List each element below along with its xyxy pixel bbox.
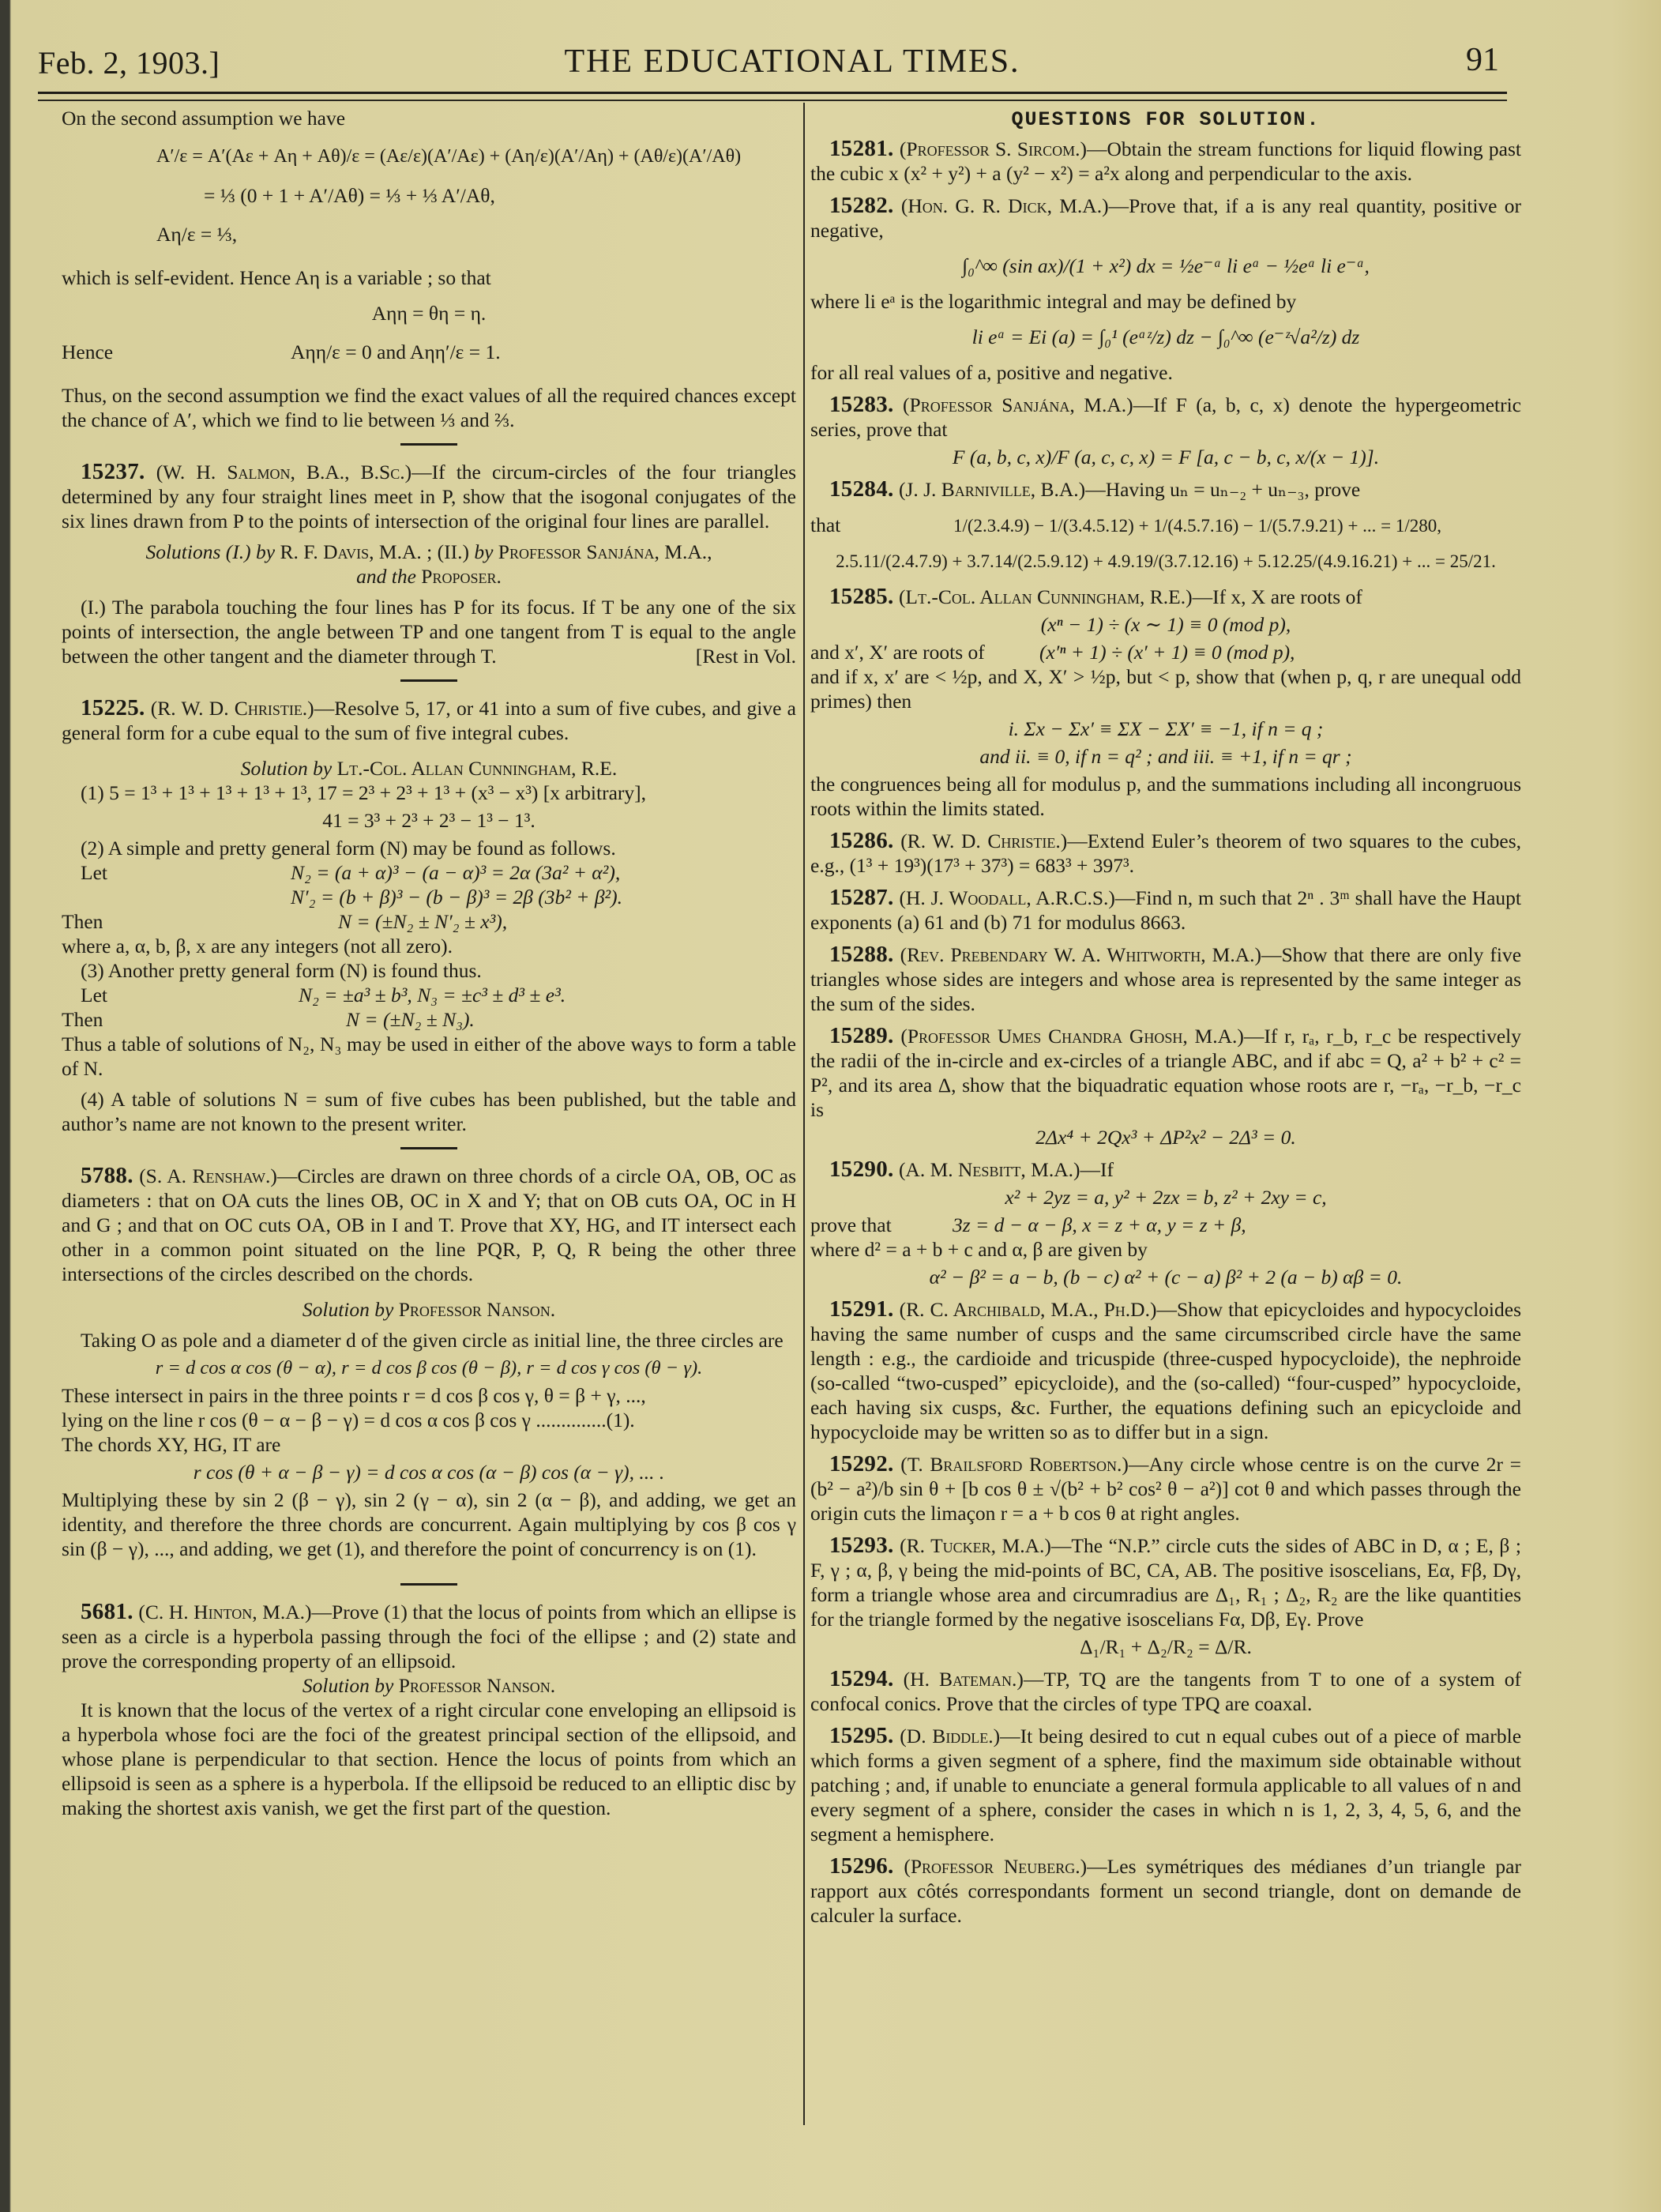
page-number: 91 [1466, 41, 1499, 79]
question-number: 15284. [829, 476, 894, 502]
question-15289: 15289. (Professor Umes Chandra Ghosh, M.… [810, 1024, 1521, 1149]
equation-row: Then N = (±N₂ ± N′₂ ± x³), [62, 909, 796, 934]
question-15292: 15292. (T. Brailsford Robertson.)—Any ci… [810, 1452, 1521, 1525]
section-separator [400, 1147, 457, 1149]
question-author: (C. H. Hinton, M.A.) [138, 1601, 311, 1623]
hence-label: Hence [62, 340, 180, 364]
question-author: (R. W. D. Christie.) [151, 697, 314, 720]
question-author: (Professor Sanjána, M.A.) [903, 393, 1133, 416]
text-label: and x′, X′ are roots of [810, 640, 1039, 664]
question-text: where li eᵃ is the logarithmic integral … [810, 289, 1521, 314]
question-author: (Professor S. Sircom.) [900, 137, 1087, 160]
question-15295: 15295. (D. Biddle.)—It being desired to … [810, 1724, 1521, 1846]
equation: N₂ = (a + α)³ − (a − α)³ = 2α (3a² + α²)… [180, 860, 796, 885]
question-5788: 5788. (S. A. Renshaw.)—Circles are drawn… [62, 1164, 796, 1561]
equation-row: Then N = (±N₂ ± N₃). [62, 1007, 796, 1032]
proposer-label: Proposer. [421, 565, 502, 588]
question-number: 15287. [829, 885, 894, 910]
equation: x² + 2yz = a, y² + 2zx = b, z² + 2xy = c… [810, 1185, 1521, 1209]
question-number: 15294. [829, 1666, 894, 1691]
question-number: 15281. [829, 136, 894, 161]
question-number: 15295. [829, 1723, 894, 1748]
question-15281: 15281. (Professor S. Sircom.)—Obtain the… [810, 137, 1521, 186]
question-number: 15292. [829, 1451, 894, 1477]
text-line: (4) A table of solutions N = sum of five… [62, 1087, 796, 1136]
that-label: that [810, 513, 874, 537]
solver-name: Professor Nanson. [399, 1674, 555, 1697]
question-number: 15296. [829, 1853, 894, 1879]
equation: Δ₁/R₁ + Δ₂/R₂ = Δ/R. [810, 1635, 1521, 1659]
solution-body: It is known that the locus of the vertex… [62, 1698, 796, 1820]
question-number: 15291. [829, 1296, 894, 1322]
question-author: (Professor Umes Chandra Ghosh, M.A.) [900, 1025, 1243, 1048]
equation: 1/(2.3.4.9) − 1/(3.4.5.12) + 1/(4.5.7.16… [874, 513, 1521, 538]
then-label: Then [62, 909, 180, 934]
question-author: (W. H. Salmon, B.A., B.Sc.) [156, 461, 411, 483]
equation: (x′ⁿ + 1) ÷ (x′ + 1) ≡ 0 (mod p), [1039, 640, 1521, 664]
text-line: which is self-evident. Hence Aη is a var… [62, 265, 796, 290]
equation: Aηη = θη = η. [62, 301, 796, 325]
equation: and ii. ≡ 0, if n = q² ; and iii. ≡ +1, … [810, 744, 1521, 769]
solutions-credit: Solutions (I.) by R. F. Davis, M.A. ; (I… [62, 540, 796, 564]
question-author: (Rev. Prebendary W. A. Whitworth, M.A.) [900, 943, 1261, 966]
equation: = ⅓ (0 + 1 + A′/Aθ) = ⅓ + ⅓ A′/Aθ, [204, 183, 796, 208]
question-number: 15290. [829, 1157, 894, 1182]
equation: Aη/ε = ⅓, [156, 222, 796, 246]
equation: α² − β² = a − b, (b − c) α² + (c − a) β²… [810, 1265, 1521, 1289]
question-15293: 15293. (R. Tucker, M.A.)—The “N.P.” circ… [810, 1533, 1521, 1659]
section-separator [400, 679, 457, 682]
credit-label: by [474, 540, 493, 563]
equation: F (a, b, c, x)/F (a, c, c, x) = F [a, c … [810, 445, 1521, 469]
question-author: (R. Tucker, M.A.) [900, 1534, 1051, 1557]
credit-label: Solution by [303, 1298, 393, 1321]
right-column: QUESTIONS FOR SOLUTION. 15281. (Professo… [810, 106, 1521, 1935]
solver-name: R. F. Davis, M.A. ; (II.) [280, 540, 469, 563]
credit-label: Solution by [303, 1674, 393, 1697]
question-number: 15282. [829, 193, 894, 218]
equation: N′₂ = (b + β)³ − (b − β)³ = 2β (3b² + β²… [180, 885, 796, 909]
credit-label: and the [356, 565, 416, 588]
header-rule-top [38, 92, 1507, 94]
question-number: 15225. [81, 695, 145, 720]
question-author: (H. Bateman.) [904, 1668, 1024, 1691]
equation: i. Σx − Σx′ ≡ ΣX − ΣX′ ≡ −1, if n = q ; [810, 717, 1521, 741]
question-text: the congruences being all for modulus p,… [810, 772, 1521, 821]
equation: 2Δx⁴ + 2Qx³ + ΔP²x² − 2Δ³ = 0. [810, 1125, 1521, 1149]
solution-body: The chords XY, HG, IT are [62, 1432, 796, 1457]
question-author: (Professor Neuberg.) [904, 1855, 1087, 1878]
question-15296: 15296. (Professor Neuberg.)—Les symétriq… [810, 1854, 1521, 1928]
solution-body: Multiplying these by sin 2 (β − γ), sin … [62, 1488, 796, 1561]
question-number: 5788. [81, 1163, 133, 1188]
question-author: (T. Brailsford Robertson.) [900, 1453, 1129, 1476]
question-number: 15237. [81, 459, 145, 484]
section-separator [400, 443, 457, 446]
question-number: 15286. [829, 828, 894, 853]
credit-label: Solution by [241, 757, 332, 780]
question-author: (J. J. Barniville, B.A.) [899, 478, 1085, 501]
question-author: (A. M. Nesbitt, M.A.) [899, 1158, 1080, 1181]
text-line: (3) Another pretty general form (N) is f… [62, 958, 796, 983]
question-number: 15288. [829, 942, 894, 967]
equation: (1) 5 = 1³ + 1³ + 1³ + 1³ + 1³, 17 = 2³ … [62, 781, 796, 805]
section-title: QUESTIONS FOR SOLUTION. [810, 107, 1521, 132]
question-15286: 15286. (R. W. D. Christie.)—Extend Euler… [810, 829, 1521, 878]
equation-row: that 1/(2.3.4.9) − 1/(3.4.5.12) + 1/(4.5… [810, 513, 1521, 538]
text-line: (2) A simple and pretty general form (N)… [62, 836, 796, 860]
question-text: where d² = a + b + c and α, β are given … [810, 1237, 1521, 1262]
question-15284: 15284. (J. J. Barniville, B.A.)—Having u… [810, 477, 1521, 574]
equation: 3z = d − α − β, x = z + α, y = z + β, [929, 1213, 1521, 1237]
equation: 41 = 3³ + 2³ + 2³ − 1³ − 1³. [62, 808, 796, 833]
equation: (xⁿ − 1) ÷ (x ∼ 1) ≡ 0 (mod p), [810, 612, 1521, 637]
equation-row: prove that 3z = d − α − β, x = z + α, y … [810, 1213, 1521, 1237]
question-text: and if x, x′ are < ½p, and X, X′ > ½p, b… [810, 664, 1521, 713]
question-15225: 15225. (R. W. D. Christie.)—Resolve 5, 1… [62, 696, 796, 1136]
question-15291: 15291. (R. C. Archibald, M.A., Ph.D.)—Sh… [810, 1297, 1521, 1444]
question-number: 15293. [829, 1533, 894, 1558]
solution-credit: Solution by Professor Nanson. [62, 1673, 796, 1698]
solver-name: Professor Nanson. [399, 1298, 555, 1321]
question-number: 15285. [829, 584, 894, 609]
journal-title: THE EDUCATIONAL TIMES. [38, 43, 1546, 81]
question-15287: 15287. (H. J. Woodall, A.R.C.S.)—Find n,… [810, 886, 1521, 935]
question-15237: 15237. (W. H. Salmon, B.A., B.Sc.)—If th… [62, 460, 796, 668]
question-author: (Lt.-Col. Allan Cunningham, R.E.) [899, 585, 1193, 608]
equation-row: Let N₂ = ±a³ ± b³, N₃ = ±c³ ± d³ ± e³. [62, 983, 796, 1007]
hence-row: Hence Aηη/ε = 0 and Aηη′/ε = 1. [62, 340, 796, 364]
equation-row: N′₂ = (b + β)³ − (b − β)³ = 2β (3b² + β²… [62, 885, 796, 909]
continued-solution: On the second assumption we have A′/ε = … [62, 106, 796, 432]
equation: Aηη/ε = 0 and Aηη′/ε = 1. [180, 340, 796, 364]
equation: r = d cos α cos (θ − α), r = d cos β cos… [62, 1356, 796, 1380]
equation: li eᵃ = Ei (a) = ∫₀¹ (eᵃᶻ/z) dz − ∫₀^∞ (… [810, 325, 1521, 349]
solution-credit: Solution by Lt.-Col. Allan Cunningham, R… [62, 756, 796, 781]
solution-body: Taking O as pole and a diameter d of the… [62, 1328, 796, 1352]
question-5681: 5681. (C. H. Hinton, M.A.)—Prove (1) tha… [62, 1600, 796, 1820]
question-author: (H. J. Woodall, A.R.C.S.) [899, 886, 1114, 909]
journal-page: Feb. 2, 1903.] THE EDUCATIONAL TIMES. 91… [0, 0, 1661, 2212]
then-label: Then [62, 1007, 180, 1032]
let-label: Let [62, 983, 180, 1007]
question-text: —If x, X are roots of [1193, 585, 1362, 608]
question-number: 15283. [829, 392, 894, 417]
question-author: (R. W. D. Christie.) [900, 829, 1067, 852]
question-author: (Hon. G. R. Dick, M.A.) [901, 194, 1109, 217]
question-15282: 15282. (Hon. G. R. Dick, M.A.)—Prove tha… [810, 194, 1521, 385]
solver-name: Lt.-Col. Allan Cunningham, R.E. [337, 757, 618, 780]
question-number: 15289. [829, 1023, 894, 1048]
intro-line: On the second assumption we have [62, 106, 796, 130]
equation-row: Let N₂ = (a + α)³ − (a − α)³ = 2α (3a² +… [62, 860, 796, 885]
equation: 2.5.11/(2.4.7.9) + 3.7.14/(2.5.9.12) + 4… [810, 549, 1521, 574]
let-label: Let [62, 860, 180, 885]
question-15290: 15290. (A. M. Nesbitt, M.A.)—If x² + 2yz… [810, 1157, 1521, 1289]
question-15285: 15285. (Lt.-Col. Allan Cunningham, R.E.)… [810, 585, 1521, 821]
question-author: (D. Biddle.) [900, 1725, 1000, 1747]
section-separator [400, 1583, 457, 1586]
question-number: 5681. [81, 1599, 133, 1624]
equation: N₂ = ±a³ ± b³, N₃ = ±c³ ± d³ ± e³. [180, 983, 796, 1007]
equation: A′/ε = A′(Aε + Aη + Aθ)/ε = (Aε/ε)(A′/Aε… [156, 145, 796, 169]
solution-body: These intersect in pairs in the three po… [62, 1383, 796, 1408]
question-15294: 15294. (H. Bateman.)—TP, TQ are the tang… [810, 1667, 1521, 1716]
question-text: for all real values of a, positive and n… [810, 360, 1521, 385]
prove-label: prove that [810, 1213, 929, 1237]
question-text: —If [1080, 1158, 1114, 1181]
conclusion: Thus, on the second assumption we find t… [62, 383, 796, 432]
page-header: Feb. 2, 1903.] THE EDUCATIONAL TIMES. 91 [38, 0, 1546, 93]
text-line: Thus a table of solutions of N₂, N₃ may … [62, 1032, 796, 1081]
header-rule-bottom [38, 100, 1507, 101]
question-15283: 15283. (Professor Sanjána, M.A.)—If F (a… [810, 393, 1521, 469]
equation: r cos (θ + α − β − γ) = d cos α cos (α −… [62, 1460, 796, 1484]
solution-credit: Solution by Professor Nanson. [62, 1297, 796, 1322]
text-line: where a, α, b, β, x are any integers (no… [62, 934, 796, 958]
credit-label: Solutions (I.) by [145, 540, 275, 563]
equation: ∫₀^∞ (sin ax)/(1 + x²) dx = ½e⁻ᵃ li eᵃ −… [810, 254, 1521, 278]
equation-row: and x′, X′ are roots of (x′ⁿ + 1) ÷ (x′ … [810, 640, 1521, 664]
solutions-credit-cont: and the Proposer. [62, 564, 796, 589]
solver-name: Professor Sanjána, M.A., [498, 540, 712, 563]
question-15288: 15288. (Rev. Prebendary W. A. Whitworth,… [810, 942, 1521, 1016]
question-author: (R. C. Archibald, M.A., Ph.D.) [900, 1298, 1157, 1321]
solution-body: lying on the line r cos (θ − α − β − γ) … [62, 1408, 796, 1432]
equation: N = (±N₂ ± N′₂ ± x³), [180, 909, 796, 934]
question-text: —Having uₙ = uₙ₋₂ + uₙ₋₃, prove [1085, 478, 1360, 501]
left-column: On the second assumption we have A′/ε = … [62, 106, 796, 1828]
equation: N = (±N₂ ± N₃). [180, 1007, 796, 1032]
question-author: (S. A. Renshaw.) [139, 1164, 277, 1187]
column-divider [803, 103, 805, 2125]
